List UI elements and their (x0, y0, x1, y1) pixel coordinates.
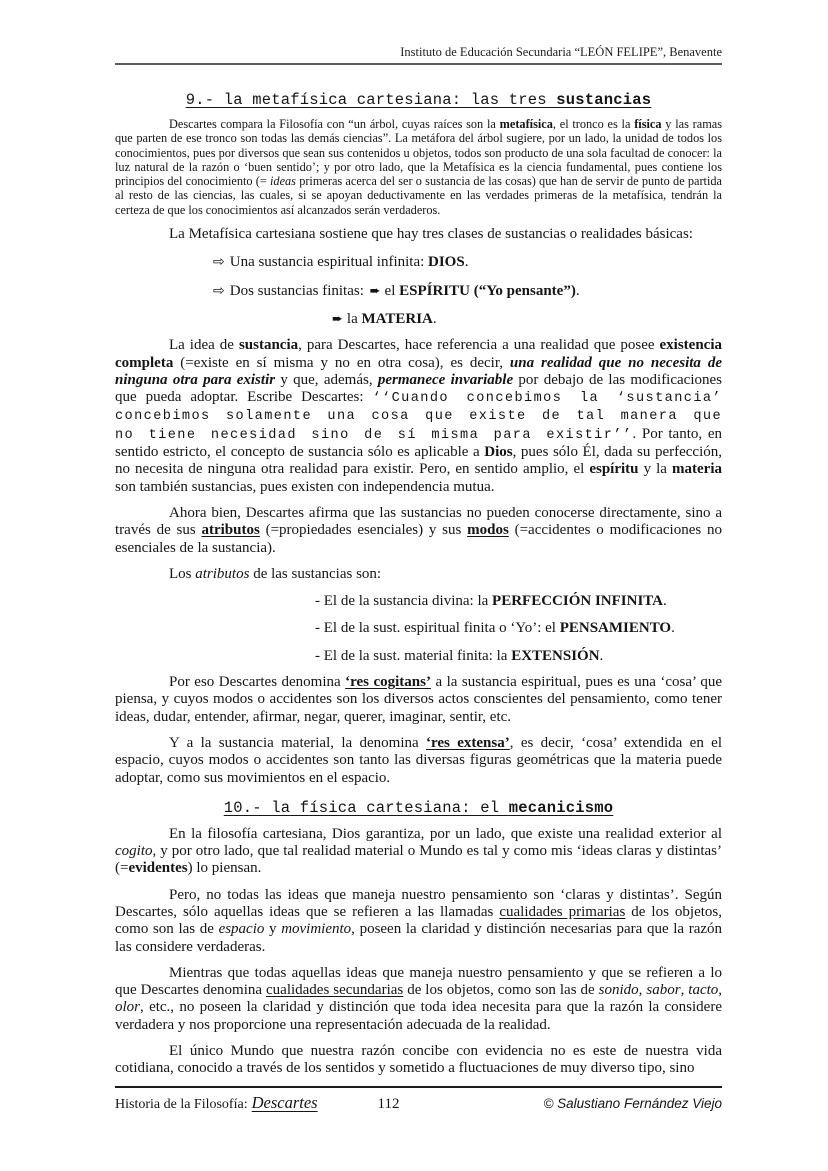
text-run: PERFECCIÓN INFINITA (492, 593, 663, 609)
text-run: cualidades primarias (499, 904, 625, 920)
text-run: MATERIA (361, 311, 432, 327)
text-run: de las sustancias son: (249, 566, 381, 582)
text-run: evidentes (128, 860, 187, 876)
text-run: El único Mundo que nuestra razón concibe… (115, 1043, 722, 1076)
text-run: (=propiedades esenciales) y sus (260, 522, 467, 538)
text-run: espíritu (589, 461, 638, 477)
text-run: La idea de (169, 337, 239, 353)
text-run: Los (169, 566, 195, 582)
bullet-god-text: Una sustancia espiritual infinita: DIOS. (230, 254, 469, 270)
text-run: metafísica (500, 117, 553, 131)
attribute-material: - El de la sust. material finita: la EXT… (315, 648, 722, 665)
text-run: En la filosofía cartesiana, Dios garanti… (169, 826, 722, 842)
text-run: tacto (688, 982, 718, 998)
footer-course: Historia de la Filosofía:Descartes (115, 1093, 408, 1113)
text-run: . (600, 648, 604, 664)
text-run: . (433, 311, 437, 327)
text-run: - El de la sust. espiritual finita o ‘Yo… (315, 620, 560, 636)
text-run: y que, además, (275, 372, 378, 388)
bullet-spirit-text: el ESPÍRITU (“Yo pensante”). (385, 283, 580, 299)
paragraph-substance-definition: La idea de sustancia, para Descartes, ha… (115, 337, 722, 496)
paragraph-res-cogitans: Por eso Descartes denomina ‘res cogitans… (115, 674, 722, 726)
text-run: PENSAMIENTO (560, 620, 671, 636)
attribute-spiritual: - El de la sust. espiritual finita o ‘Yo… (315, 620, 722, 637)
bullet-god: ⇨Una sustancia espiritual infinita: DIOS… (213, 254, 722, 271)
text-run: materia (672, 461, 722, 477)
institute-name: Instituto de Educación Secundaria “LEÓN … (115, 45, 722, 60)
text-run: . (671, 620, 675, 636)
text-run: , para Descartes, hace referencia a una … (298, 337, 659, 353)
text-run: (=existe en sí misma y no en otra cosa),… (173, 355, 510, 371)
text-run: cogito (115, 843, 153, 859)
text-run: y (264, 921, 281, 937)
text-run: de los objetos, como son las de (403, 982, 598, 998)
text-run: modos (467, 522, 509, 538)
solid-right-arrow-icon: ➨ (330, 312, 347, 327)
footer-rule (115, 1086, 722, 1088)
paragraph-attributes-modes: Ahora bien, Descartes afirma que las sus… (115, 505, 722, 557)
text-run: y la (639, 461, 673, 477)
text-run: , (718, 982, 722, 998)
text-run: el (385, 283, 400, 299)
text-run: . (465, 254, 469, 270)
text-run: física (634, 117, 661, 131)
text-run: permanece invariable (378, 372, 513, 388)
open-right-arrow-icon: ⇨ (213, 283, 230, 299)
document-page: Instituto de Educación Secundaria “LEÓN … (0, 0, 828, 1171)
attribute-divine: - El de la sustancia divina: la PERFECCI… (315, 593, 722, 610)
text-run: - El de la sustancia divina: la (315, 593, 492, 609)
paragraph-three-substances: La Metafísica cartesiana sostiene que ha… (115, 226, 722, 243)
text-run: ideas (270, 174, 296, 188)
paragraph-tree-metaphor: Descartes compara la Filosofía con “un á… (115, 117, 722, 217)
text-run: atributos (201, 522, 259, 538)
text-run: ) lo piensan. (188, 860, 262, 876)
footer-copyright: © Salustiano Fernández Viejo (429, 1096, 722, 1111)
bullet-matter: ➨la MATERIA. (330, 311, 722, 328)
text-run: ‘res cogitans’ (345, 674, 431, 690)
section9-title-text: 9.- la metafísica cartesiana: las tres (186, 91, 557, 109)
text-run: EXTENSIÓN (511, 648, 599, 664)
paragraph-only-world: El único Mundo que nuestra razón concibe… (115, 1043, 722, 1078)
text-run: Y a la sustancia material, la denomina (169, 735, 426, 751)
text-run: ESPÍRITU (“Yo pensante”) (399, 283, 576, 299)
text-run: , etc., no poseen la claridad y distinci… (115, 999, 722, 1032)
bullet-finite-substances: ⇨Dos sustancias finitas: ➨el ESPÍRITU (“… (213, 283, 722, 300)
page-footer: Historia de la Filosofía:Descartes 112 ©… (115, 1086, 722, 1113)
section9-title-emphasis: sustancias (556, 91, 651, 109)
text-run: . (576, 283, 580, 299)
solid-right-arrow-icon: ➨ (368, 284, 385, 299)
text-run: cualidades secundarias (266, 982, 403, 998)
text-run: Una sustancia espiritual infinita: (230, 254, 428, 270)
footer-page-number: 112 (378, 1096, 400, 1113)
text-run: espacio (219, 921, 265, 937)
bullet-finite-label: Dos sustancias finitas: (230, 283, 368, 299)
text-run: Dios (484, 444, 512, 460)
bullet-matter-text: la MATERIA. (347, 311, 437, 327)
text-run: Descartes compara la Filosofía con “un á… (169, 117, 500, 131)
text-run: sonido (599, 982, 639, 998)
page-header: Instituto de Educación Secundaria “LEÓN … (115, 0, 722, 65)
section10-title: 10.- la física cartesiana: el mecanicism… (115, 799, 722, 817)
paragraph-primary-qualities: Pero, no todas las ideas que maneja nues… (115, 887, 722, 956)
paragraph-god-guarantee: En la filosofía cartesiana, Dios garanti… (115, 826, 722, 878)
text-run: Dos sustancias finitas: (230, 283, 368, 299)
text-run: olor (115, 999, 140, 1015)
text-run: sustancia (239, 337, 298, 353)
header-rule (115, 63, 722, 65)
paragraph-attributes-intro: Los atributos de las sustancias son: (115, 566, 722, 583)
text-run: movimiento (281, 921, 351, 937)
text-run: son también sustancias, pues existen con… (115, 479, 494, 495)
text-run: la (347, 311, 362, 327)
text-run: La Metafísica cartesiana sostiene que ha… (169, 226, 693, 242)
open-right-arrow-icon: ⇨ (213, 254, 230, 270)
text-run: - El de la sust. material finita: la (315, 648, 511, 664)
text-run: , el tronco es la (553, 117, 634, 131)
text-run: Por eso Descartes denomina (169, 674, 345, 690)
text-run: DIOS (428, 254, 465, 270)
section10-title-emphasis: mecanicismo (509, 799, 614, 817)
footer-topic: Descartes (252, 1093, 318, 1112)
paragraph-secondary-qualities: Mientras que todas aquellas ideas que ma… (115, 965, 722, 1034)
footer-course-label: Historia de la Filosofía: (115, 1097, 248, 1112)
text-run: sabor (646, 982, 680, 998)
text-run: ‘res extensa’ (426, 735, 510, 751)
text-run: atributos (195, 566, 249, 582)
text-run: . (663, 593, 667, 609)
section9-title: 9.- la metafísica cartesiana: las tres s… (115, 91, 722, 109)
section10-title-text: 10.- la física cartesiana: el (224, 799, 509, 817)
paragraph-res-extensa: Y a la sustancia material, la denomina ‘… (115, 735, 722, 787)
